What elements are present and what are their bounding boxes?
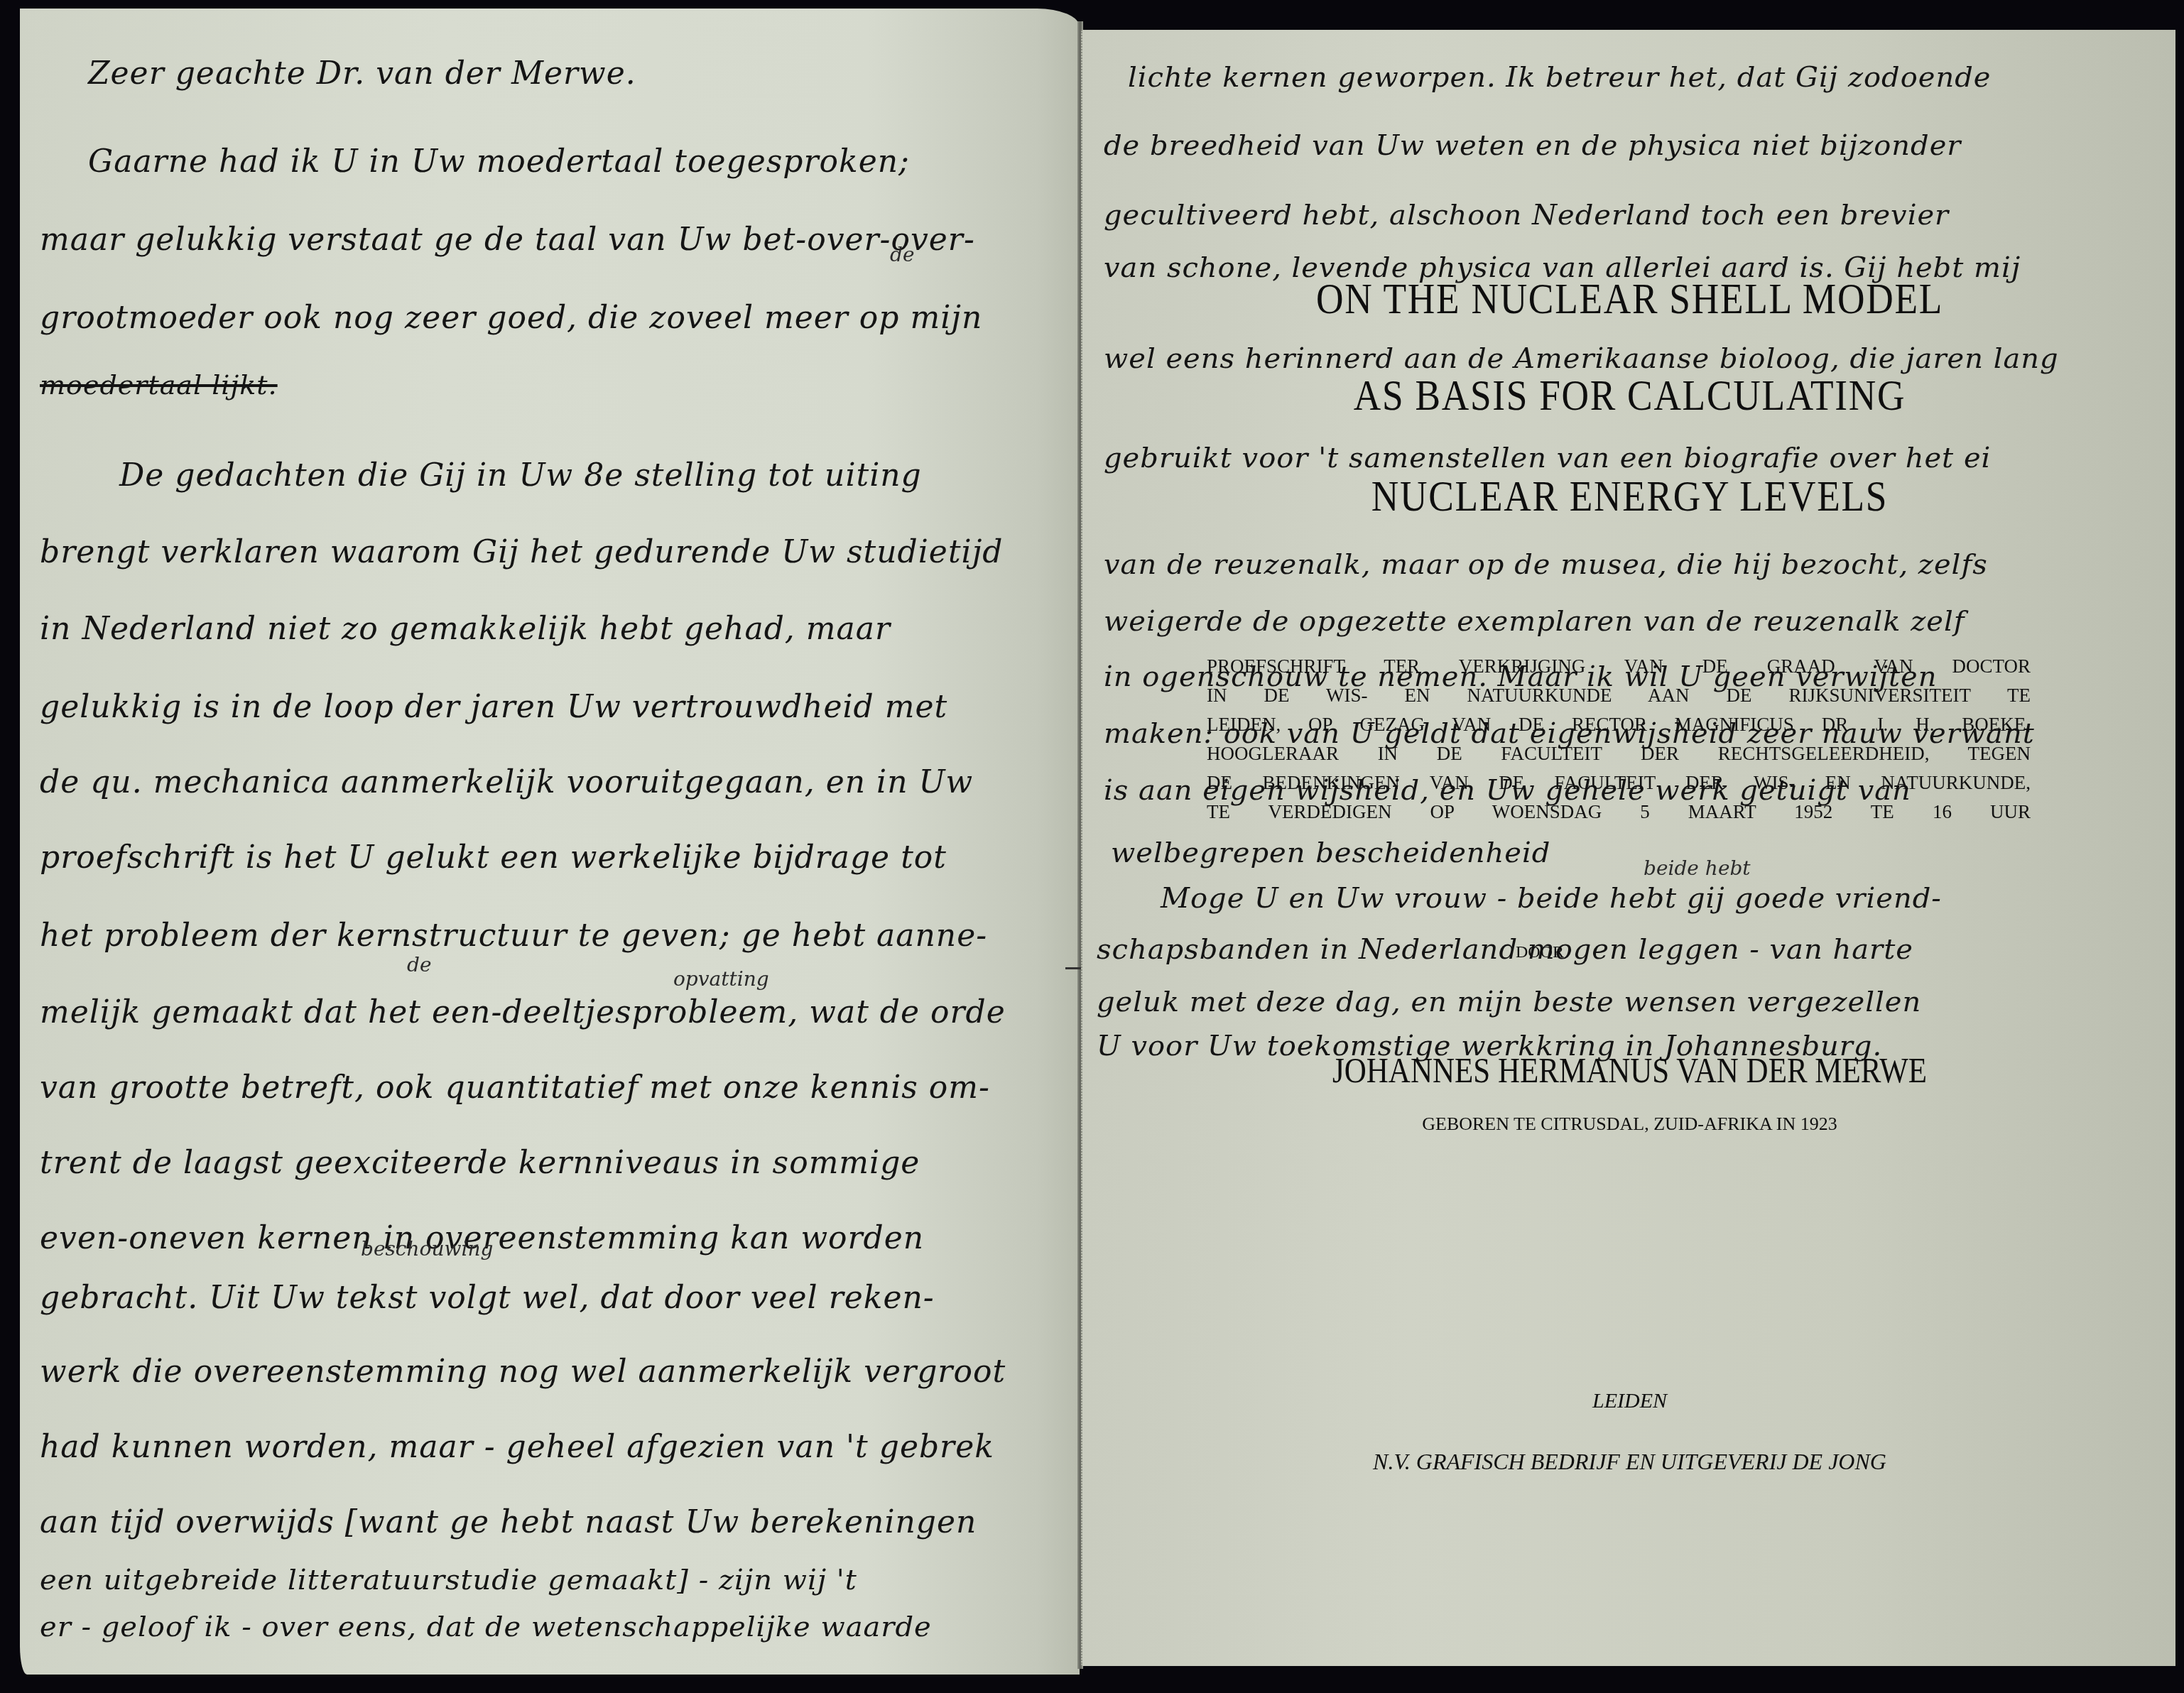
thesis-statement-line: HOOGLERAAR IN DE FACULTEIT DER RECHTSGEL… xyxy=(1207,739,2031,768)
publisher-name: N.V. GRAFISCH BEDRIJF EN UITGEVERIJ DE J… xyxy=(1082,1449,2175,1475)
publication-city: LEIDEN xyxy=(1082,1389,2175,1413)
letter-line: had kunnen worden, maar - geheel afgezie… xyxy=(40,1429,994,1465)
inserted-word: beide hebt xyxy=(1644,856,1751,880)
inserted-word: de xyxy=(407,953,432,976)
handwritten-line: Moge U en Uw vrouw - beide hebt gij goed… xyxy=(1161,882,1942,915)
letter-line: gelukkig is in de loop der jaren Uw vert… xyxy=(40,689,947,725)
thesis-title-line-1: ON THE NUCLEAR SHELL MODEL xyxy=(1159,274,2100,325)
letter-line: trent de laagst geexciteerde kernniveaus… xyxy=(40,1145,920,1181)
thesis-statement-line: TE VERDEDIGEN OP WOENSDAG 5 MAART 1952 T… xyxy=(1207,797,2031,827)
left-page-handwritten-letter: Zeer geachte Dr. van der Merwe. Gaarne h… xyxy=(20,9,1080,1675)
letter-line: het probleem der kernstructuur te geven;… xyxy=(40,918,987,954)
letter-line: brengt verklaren waarom Gij het gedurend… xyxy=(40,534,1003,570)
handwritten-line: lichte kernen geworpen. Ik betreur het, … xyxy=(1128,61,1991,94)
letter-line: grootmoeder ook nog zeer goed, die zovee… xyxy=(40,300,982,336)
handwritten-line: van de reuzenalk, maar op de musea, die … xyxy=(1104,548,1988,581)
book-spread: Zeer geachte Dr. van der Merwe. Gaarne h… xyxy=(0,0,2184,1693)
author-birth-info: GEBOREN TE CITRUSDAL, ZUID-AFRIKA IN 192… xyxy=(1082,1114,2175,1135)
letter-line: in Nederland niet zo gemakkelijk hebt ge… xyxy=(40,611,891,647)
inserted-word: de xyxy=(890,243,915,266)
handwritten-line: geluk met deze dag, en mijn beste wensen… xyxy=(1097,986,1921,1018)
letter-line: melijk gemaakt dat het een-deeltjesprobl… xyxy=(40,994,1006,1030)
letter-line: maar gelukkig verstaat ge de taal van Uw… xyxy=(40,222,975,258)
handwritten-line: schapsbanden in Nederland mogen leggen -… xyxy=(1097,933,1913,966)
letter-salutation: Zeer geachte Dr. van der Merwe. xyxy=(88,55,636,92)
thesis-statement-line: PROEFSCHRIFT TER VERKRIJGING VAN DE GRAA… xyxy=(1207,652,2031,681)
inserted-word: beschouwing xyxy=(361,1237,493,1261)
handwritten-line: gecultiveerd hebt, alschoon Nederland to… xyxy=(1104,199,1949,232)
handwritten-line: welbegrepen bescheidenheid xyxy=(1111,837,1550,869)
letter-line: werk die overeenstemming nog wel aanmerk… xyxy=(40,1354,1006,1390)
letter-line: een uitgebreide litteratuurstudie gemaak… xyxy=(40,1564,857,1596)
letter-line: van grootte betreft, ook quantitatief me… xyxy=(40,1069,990,1106)
letter-line: er - geloof ik - over eens, dat de weten… xyxy=(40,1611,932,1643)
margin-dash-mark xyxy=(1065,967,1081,969)
letter-line: De gedachten die Gij in Uw 8e stelling t… xyxy=(119,457,922,494)
thesis-title-line-2: AS BASIS FOR CALCULATING xyxy=(1159,371,2100,421)
letter-line: aan tijd overwijds [want ge hebt naast U… xyxy=(40,1504,977,1540)
handwritten-line: weigerde de opgezette exemplaren van de … xyxy=(1104,605,1965,638)
thesis-statement-line: DE BEDENKINGEN VAN DE FACULTEIT DER WIS-… xyxy=(1207,768,2031,797)
door-label: DOOR xyxy=(1516,943,1564,962)
thesis-statement-block: PROEFSCHRIFT TER VERKRIJGING VAN DE GRAA… xyxy=(1207,652,2031,827)
letter-line: de qu. mechanica aanmerkelijk vooruitgeg… xyxy=(40,764,973,800)
inserted-word: opvatting xyxy=(673,967,769,991)
author-name: JOHANNES HERMANUS VAN DER MERWE xyxy=(1159,1050,2100,1091)
handwritten-line: de breedheid van Uw weten en de physica … xyxy=(1104,129,1961,162)
thesis-statement-line: IN DE WIS- EN NATUURKUNDE AAN DE RIJKSUN… xyxy=(1207,681,2031,710)
letter-line: proefschrift is het U gelukt een werkeli… xyxy=(40,839,947,876)
letter-line: Gaarne had ik U in Uw moedertaal toegesp… xyxy=(88,143,910,180)
letter-line: gebracht. Uit Uw tekst volgt wel, dat do… xyxy=(40,1280,935,1316)
struck-letter-line: moedertaal lijkt. xyxy=(40,369,278,401)
thesis-title-line-3: NUCLEAR ENERGY LEVELS xyxy=(1159,472,2100,522)
thesis-statement-line: LEIDEN, OP GEZAG VAN DE RECTOR MAGNIFICU… xyxy=(1207,710,2031,739)
right-page-title-page: lichte kernen geworpen. Ik betreur het, … xyxy=(1081,30,2175,1666)
handwritten-line: gebruikt voor 't samenstellen van een bi… xyxy=(1104,442,1991,474)
